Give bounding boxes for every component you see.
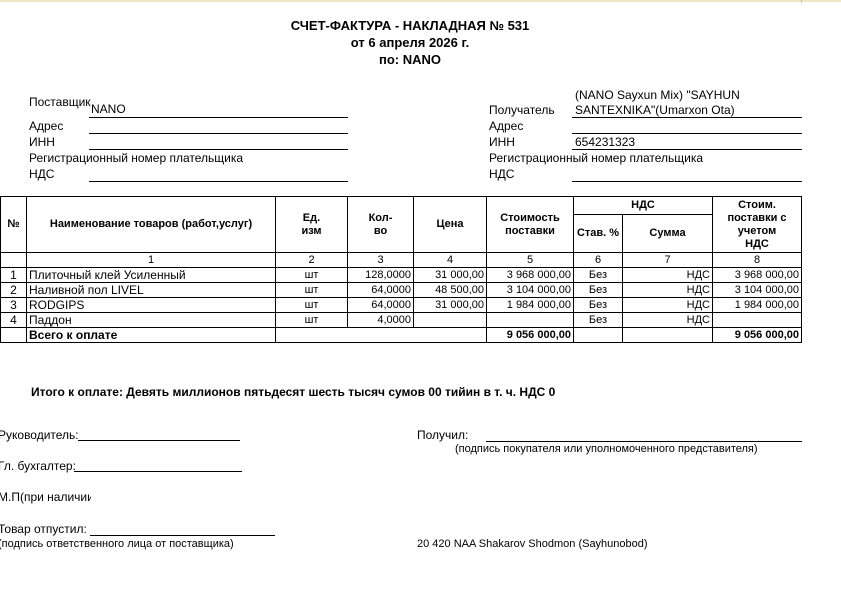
header-vat-group: НДС [574, 197, 713, 215]
recipient-address-line [572, 133, 802, 134]
row-no: 3 [1, 298, 27, 313]
row-vat-sum: НДС [623, 283, 713, 298]
released-signature-line[interactable] [90, 535, 275, 536]
row-qty: 64,0000 [348, 283, 414, 298]
document-title: СЧЕТ-ФАКТУРА - НАКЛАДНАЯ № 531 [280, 18, 540, 33]
supplier-reg-label: Регистрационный номер плательщика [29, 151, 243, 165]
recipient-label: Получатель [489, 103, 555, 117]
header-price: Цена [414, 197, 487, 253]
row-no: 1 [1, 268, 27, 283]
page-top-tick [801, 0, 802, 3]
total-label: Всего к оплате [27, 328, 276, 343]
row-no: 2 [1, 283, 27, 298]
recipient-reg-label: Регистрационный номер плательщика [489, 151, 703, 165]
summary-text: Итого к оплате: Девять миллионов пятьдес… [31, 385, 555, 399]
row-vat-rate: Без [574, 268, 623, 283]
recipient-inn-line [572, 149, 802, 150]
row-total: 1 984 000,00 [713, 298, 802, 313]
row-no: 4 [1, 313, 27, 328]
row-name: Наливной пол LIVEL [27, 283, 276, 298]
row-vat-rate: Без [574, 313, 623, 328]
row-qty: 64,0000 [348, 298, 414, 313]
header-vat-sum: Сумма [623, 215, 713, 253]
stamp-label: М.П(при наличии [0, 490, 91, 504]
row-price: 31 000,00 [414, 298, 487, 313]
table-row: 4Паддоншт4,0000БезНДС [1, 313, 802, 328]
total-vat-rate [574, 328, 623, 343]
total-vat-sum [623, 328, 713, 343]
header-cost: Стоимость поставки [487, 197, 574, 253]
colnum-3: 3 [348, 253, 414, 268]
row-total [713, 313, 802, 328]
row-name: RODGIPS [27, 298, 276, 313]
accountant-label: Гл. бухгалтер: [0, 459, 76, 473]
header-name: Наименование товаров (работ,услуг) [27, 197, 276, 253]
row-cost: 3 968 000,00 [487, 268, 574, 283]
row-vat-sum: НДС [623, 298, 713, 313]
row-total: 3 104 000,00 [713, 283, 802, 298]
colnum-empty [1, 253, 27, 268]
page-top-border [0, 0, 841, 2]
received-caption: (подпись покупателя или уполномоченного … [455, 443, 758, 455]
total-spacer-qty [348, 328, 414, 343]
row-vat-sum: НДС [623, 268, 713, 283]
row-price: 31 000,00 [414, 268, 487, 283]
row-name: Плиточный клей Усиленный [27, 268, 276, 283]
row-qty: 128,0000 [348, 268, 414, 283]
supplier-vat-line [89, 181, 348, 182]
total-spacer-unit [276, 328, 348, 343]
recipient-name-line [572, 117, 802, 118]
row-cost: 3 104 000,00 [487, 283, 574, 298]
row-name: Паддон [27, 313, 276, 328]
table-row: 1Плиточный клей Усиленныйшт128,000031 00… [1, 268, 802, 283]
released-caption: (подпись ответственного лица от поставщи… [0, 538, 234, 550]
colnum-6: 6 [574, 253, 623, 268]
row-cost: 1 984 000,00 [487, 298, 574, 313]
colnum-4: 4 [414, 253, 487, 268]
row-qty: 4,0000 [348, 313, 414, 328]
recipient-name-line1: (NANO Sayxun Mix) "SAYHUN [575, 88, 740, 102]
recipient-vat-line [572, 181, 802, 182]
total-spacer-price [414, 328, 487, 343]
total-cost: 9 056 000,00 [487, 328, 574, 343]
supplier-label: Поставщик [29, 95, 91, 109]
director-signature-line[interactable] [78, 440, 240, 441]
row-unit: шт [276, 313, 348, 328]
row-vat-sum: НДС [623, 313, 713, 328]
supplier-vat-label: НДС [29, 167, 54, 181]
row-vat-rate: Без [574, 298, 623, 313]
recipient-inn: 654231323 [575, 135, 635, 149]
director-label: Руководитель: [0, 428, 79, 442]
row-unit: шт [276, 268, 348, 283]
recipient-name-line2: SANTEXNIKA"(Umarxon Ota) [575, 103, 735, 117]
header-no: № [1, 197, 27, 253]
row-total: 3 968 000,00 [713, 268, 802, 283]
colnum-7: 7 [623, 253, 713, 268]
total-with-vat: 9 056 000,00 [713, 328, 802, 343]
supplier-name: NANO [91, 102, 126, 116]
supplier-address-label: Адрес [29, 119, 63, 133]
document-date: от 6 апреля 2026 г. [280, 35, 540, 50]
supplier-address-line [89, 133, 348, 134]
table-row: 3RODGIPSшт64,000031 000,001 984 000,00Бе… [1, 298, 802, 313]
row-vat-rate: Без [574, 283, 623, 298]
colnum-1: 1 [27, 253, 276, 268]
document-by: по: NANO [280, 52, 540, 67]
header-unit: Ед. изм [276, 197, 348, 253]
row-cost [487, 313, 574, 328]
table-row: 2Наливной пол LIVELшт64,000048 500,003 1… [1, 283, 802, 298]
accountant-signature-line[interactable] [74, 471, 242, 472]
total-empty [1, 328, 27, 343]
received-signature-line[interactable] [486, 441, 802, 442]
row-unit: шт [276, 283, 348, 298]
supplier-inn-line [89, 149, 348, 150]
header-qty: Кол-во [348, 197, 414, 253]
recipient-address-label: Адрес [489, 119, 523, 133]
supplier-inn-label: ИНН [29, 135, 55, 149]
row-unit: шт [276, 298, 348, 313]
header-total-with-vat: Стоим. поставки с учетом НДС [713, 197, 802, 253]
recipient-vat-label: НДС [489, 167, 514, 181]
colnum-2: 2 [276, 253, 348, 268]
footer-note: 20 420 NAA Shakarov Shodmon (Sayhunobod) [417, 538, 648, 550]
invoice-table: № Наименование товаров (работ,услуг) Ед.… [0, 196, 802, 343]
colnum-5: 5 [487, 253, 574, 268]
recipient-inn-label: ИНН [489, 135, 515, 149]
received-label: Получил: [417, 428, 468, 442]
supplier-name-line [89, 117, 348, 118]
header-vat-rate: Став. % [574, 215, 623, 253]
colnum-8: 8 [713, 253, 802, 268]
released-label: Товар отпустил: [0, 522, 87, 536]
row-price: 48 500,00 [414, 283, 487, 298]
row-price [414, 313, 487, 328]
